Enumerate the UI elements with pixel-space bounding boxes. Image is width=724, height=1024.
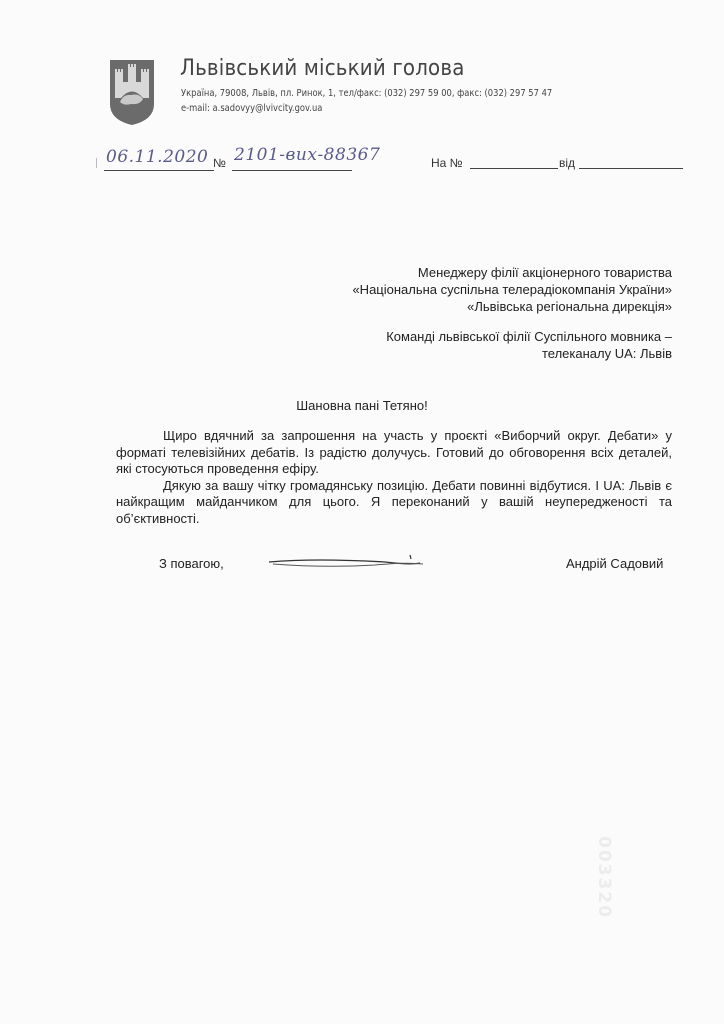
greeting: Шановна пані Тетяно! <box>0 398 724 413</box>
outgoing-number: 2101-вих-88367 <box>234 145 380 165</box>
outgoing-date: 06.11.2020 <box>106 147 208 167</box>
org-address: Україна, 79008, Львів, пл. Ринок, 1, тел… <box>181 88 552 99</box>
addressee-block: Менеджеру філії акціонерного товариства … <box>272 264 672 362</box>
org-title: Львівський міський голова <box>180 56 465 81</box>
scan-mark <box>96 158 97 168</box>
addressee-line: «Національна суспільна телерадіокомпанія… <box>272 281 672 298</box>
date-underline <box>104 170 214 171</box>
reply-number-label: На № <box>431 156 463 170</box>
number-underline <box>232 170 352 171</box>
reply-date-label: від <box>559 156 575 170</box>
letter-body: Щиро вдячний за запрошення на участь у п… <box>116 428 672 527</box>
addressee-line: Менеджеру філії акціонерного товариства <box>272 264 672 281</box>
addressee-line: Команді львівської філії Суспільного мов… <box>272 328 672 345</box>
addressee-line: телеканалу UA: Львів <box>272 345 672 362</box>
addressee-line: «Львівська регіональна дирекція» <box>272 298 672 315</box>
reply-date-field <box>579 168 683 169</box>
signature <box>265 552 425 576</box>
registry-stamp: 003320 <box>594 836 614 919</box>
org-email: e-mail: a.sadovyy@lvivcity.gov.ua <box>181 103 322 114</box>
body-paragraph: Дякую за вашу чітку громадянську позицію… <box>116 478 672 528</box>
reply-number-field <box>470 168 558 169</box>
lviv-coat-of-arms-icon <box>109 58 155 126</box>
body-paragraph: Щиро вдячний за запрошення на участь у п… <box>116 428 672 478</box>
number-sign: № <box>213 156 226 170</box>
signer-name: Андрій Садовий <box>566 556 663 571</box>
closing-regards: З повагою, <box>159 556 224 571</box>
